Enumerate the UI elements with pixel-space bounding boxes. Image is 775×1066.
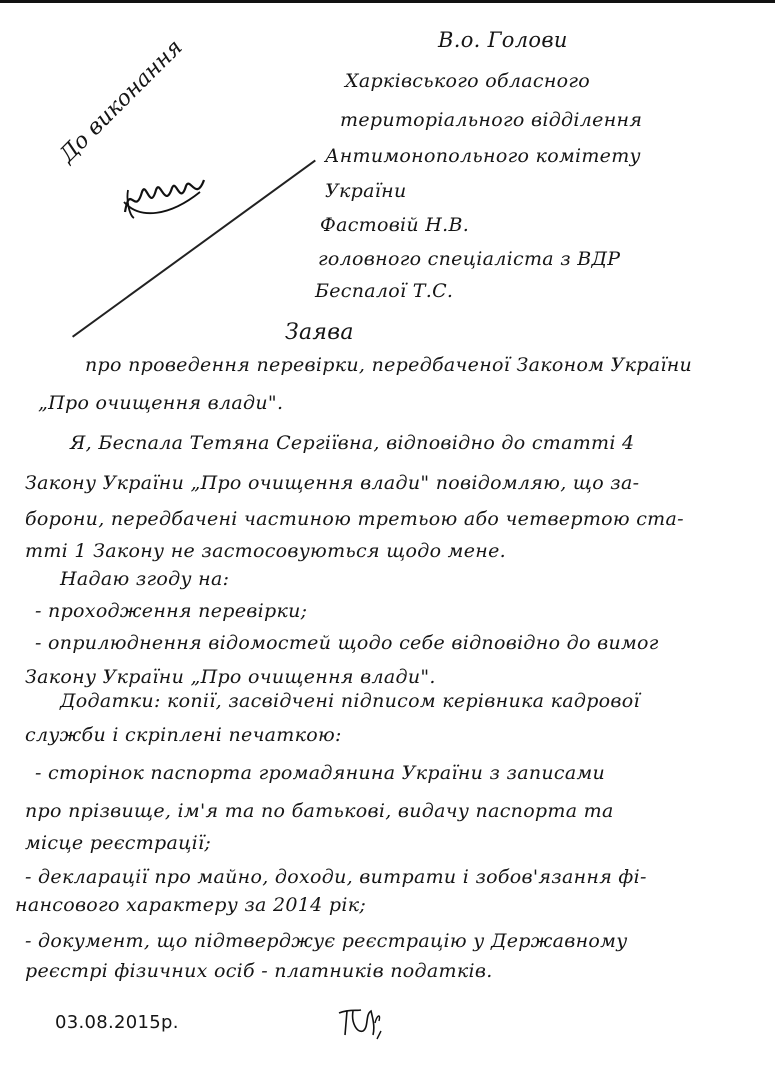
addressee-title: В.о. Голови	[438, 28, 568, 52]
signature-icon	[335, 1005, 395, 1041]
resolution-note: До виконання	[55, 35, 188, 168]
attachment-item: реєстрі фізичних осіб - платників податк…	[25, 960, 493, 982]
scan-top-border	[0, 0, 775, 3]
document-date: 03.08.2015р.	[55, 1012, 179, 1033]
subtitle-line: про проведення перевірки, передбаченої З…	[85, 354, 692, 376]
sender-name: Беспалої Т.С.	[315, 280, 453, 302]
attachments-heading: Додатки: копії, засвідчені підписом кері…	[60, 690, 640, 712]
resolution-signature-icon	[120, 172, 210, 222]
consent-item: - проходження перевірки;	[35, 600, 307, 622]
consent-item: Закону України „Про очищення влади".	[25, 666, 436, 688]
addressee-line: територіального відділення	[340, 109, 642, 131]
consent-item: - оприлюднення відомостей щодо себе відп…	[35, 632, 659, 654]
paragraph-line: Я, Беспала Тетяна Сергіївна, відповідно …	[70, 432, 634, 454]
attachment-item: нансового характеру за 2014 рік;	[15, 894, 366, 916]
addressee-line: Харківського обласного	[345, 70, 590, 92]
attachment-item: - декларації про майно, доходи, витрати …	[25, 866, 647, 888]
paragraph-line: Закону України „Про очищення влади" пові…	[25, 472, 639, 494]
attachment-item: - документ, що підтверджує реєстрацію у …	[25, 930, 628, 952]
attachment-item: місце реєстрації;	[25, 832, 211, 854]
subtitle-line: „Про очищення влади".	[38, 392, 283, 414]
document-title: Заява	[285, 320, 354, 345]
sender-position: головного спеціаліста з ВДР	[318, 248, 620, 270]
resolution-text: До виконання	[55, 35, 188, 168]
addressee-line: України	[325, 180, 407, 202]
attachment-item: - сторінок паспорта громадянина України …	[35, 762, 605, 784]
addressee-name: Фастовій Н.В.	[320, 214, 469, 236]
paragraph-line: борони, передбачені частиною третьою або…	[25, 508, 684, 530]
attachments-heading: служби і скріплені печаткою:	[25, 724, 342, 746]
addressee-line: Антимонопольного комітету	[325, 145, 641, 167]
attachment-item: про прізвище, ім'я та по батькові, видач…	[25, 800, 614, 822]
consent-heading: Надаю згоду на:	[60, 568, 229, 590]
paragraph-line: тті 1 Закону не застосовуються щодо мене…	[25, 540, 506, 562]
